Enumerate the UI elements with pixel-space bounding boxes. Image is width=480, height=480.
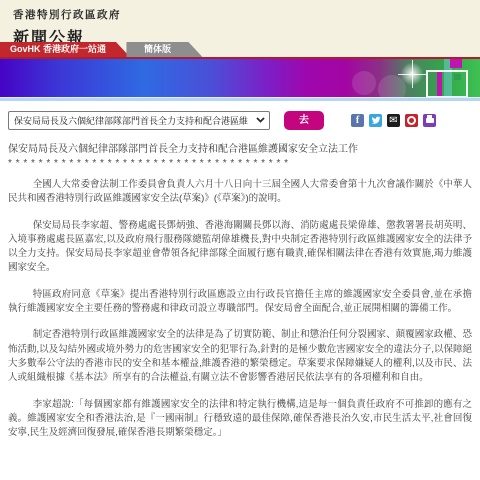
- email-icon[interactable]: ✉: [387, 114, 400, 127]
- blue-divider: [0, 97, 480, 101]
- banner-graphic: [0, 59, 480, 97]
- weibo-icon[interactable]: [405, 114, 418, 127]
- tab-bar: GovHK 香港政府一站通 簡体版: [0, 42, 480, 57]
- article-paragraph: 李家超說:「每個國家都有維護國家安全的法律和特定執行機構,這是每一個負責任政府不…: [8, 398, 472, 441]
- press-release-article: 保安局局長及六個紀律部隊部門首長全力支持和配合港區維護國家安全立法工作 * * …: [8, 143, 472, 440]
- tab-simplified-label: 簡体版: [126, 42, 202, 57]
- print-icon[interactable]: [423, 114, 436, 127]
- article-paragraph: 保安局局長李家超、警務處處長鄧炳強、香港海關關長鄧以海、消防處處長梁偉雄、懲教署…: [8, 219, 472, 276]
- sparkle-decoration: [398, 60, 426, 88]
- chevron-down-icon: [256, 117, 265, 123]
- tab-govhk[interactable]: GovHK 香港政府一站通: [0, 42, 130, 57]
- article-paragraph: 制定香港特別行政區維護國家安全的法律是為了切實防範、制止和懲治任何分裂國家、顛覆…: [8, 328, 472, 385]
- share-icons: f ✉: [351, 114, 436, 127]
- press-release-dropdown[interactable]: 保安局局長及六個紀律部隊部門首長全力支持和配合港區維: [8, 111, 270, 130]
- gov-title: 香港特別行政區政府: [13, 7, 480, 22]
- printer-glyph: [426, 118, 434, 123]
- dropdown-selected-value: 保安局局長及六個紀律部隊部門首長全力支持和配合港區維: [14, 114, 248, 127]
- asterisk-separator: * * * * * * * * * * * * * * * * * * * * …: [8, 158, 472, 169]
- weibo-ring: [407, 116, 416, 125]
- article-paragraph: 全國人大常委會法制工作委員會負責人六月十八日向十三屆全國人大常委會第十九次會議作…: [8, 178, 472, 207]
- masthead: 香港特別行政區政府 新聞公報: [0, 0, 480, 42]
- banner-outline-square: [426, 70, 468, 97]
- tab-simplified-chinese[interactable]: 簡体版: [126, 42, 202, 57]
- banner-bubble: [352, 71, 376, 95]
- article-paragraph: 特區政府同意《草案》提出香港特別行政區應設立由行政長官擔任主席的維護國家安全委員…: [8, 288, 472, 317]
- twitter-icon[interactable]: [369, 114, 382, 127]
- banner-square: [450, 59, 462, 68]
- toolbar: 保安局局長及六個紀律部隊部門首長全力支持和配合港區維 去 f ✉: [8, 110, 472, 130]
- twitter-bird: [371, 116, 381, 125]
- tab-govhk-label: GovHK 香港政府一站通: [0, 42, 130, 57]
- go-button[interactable]: 去: [284, 111, 324, 130]
- article-body: 全國人大常委會法制工作委員會負責人六月十八日向十三屆全國人大常委會第十九次會議作…: [8, 178, 472, 440]
- facebook-icon[interactable]: f: [351, 114, 364, 127]
- press-release-page: 香港特別行政區政府 新聞公報 GovHK 香港政府一站通 簡体版 保安局局長及六…: [0, 0, 480, 480]
- article-headline: 保安局局長及六個紀律部隊部門首長全力支持和配合港區維護國家安全立法工作: [8, 143, 472, 156]
